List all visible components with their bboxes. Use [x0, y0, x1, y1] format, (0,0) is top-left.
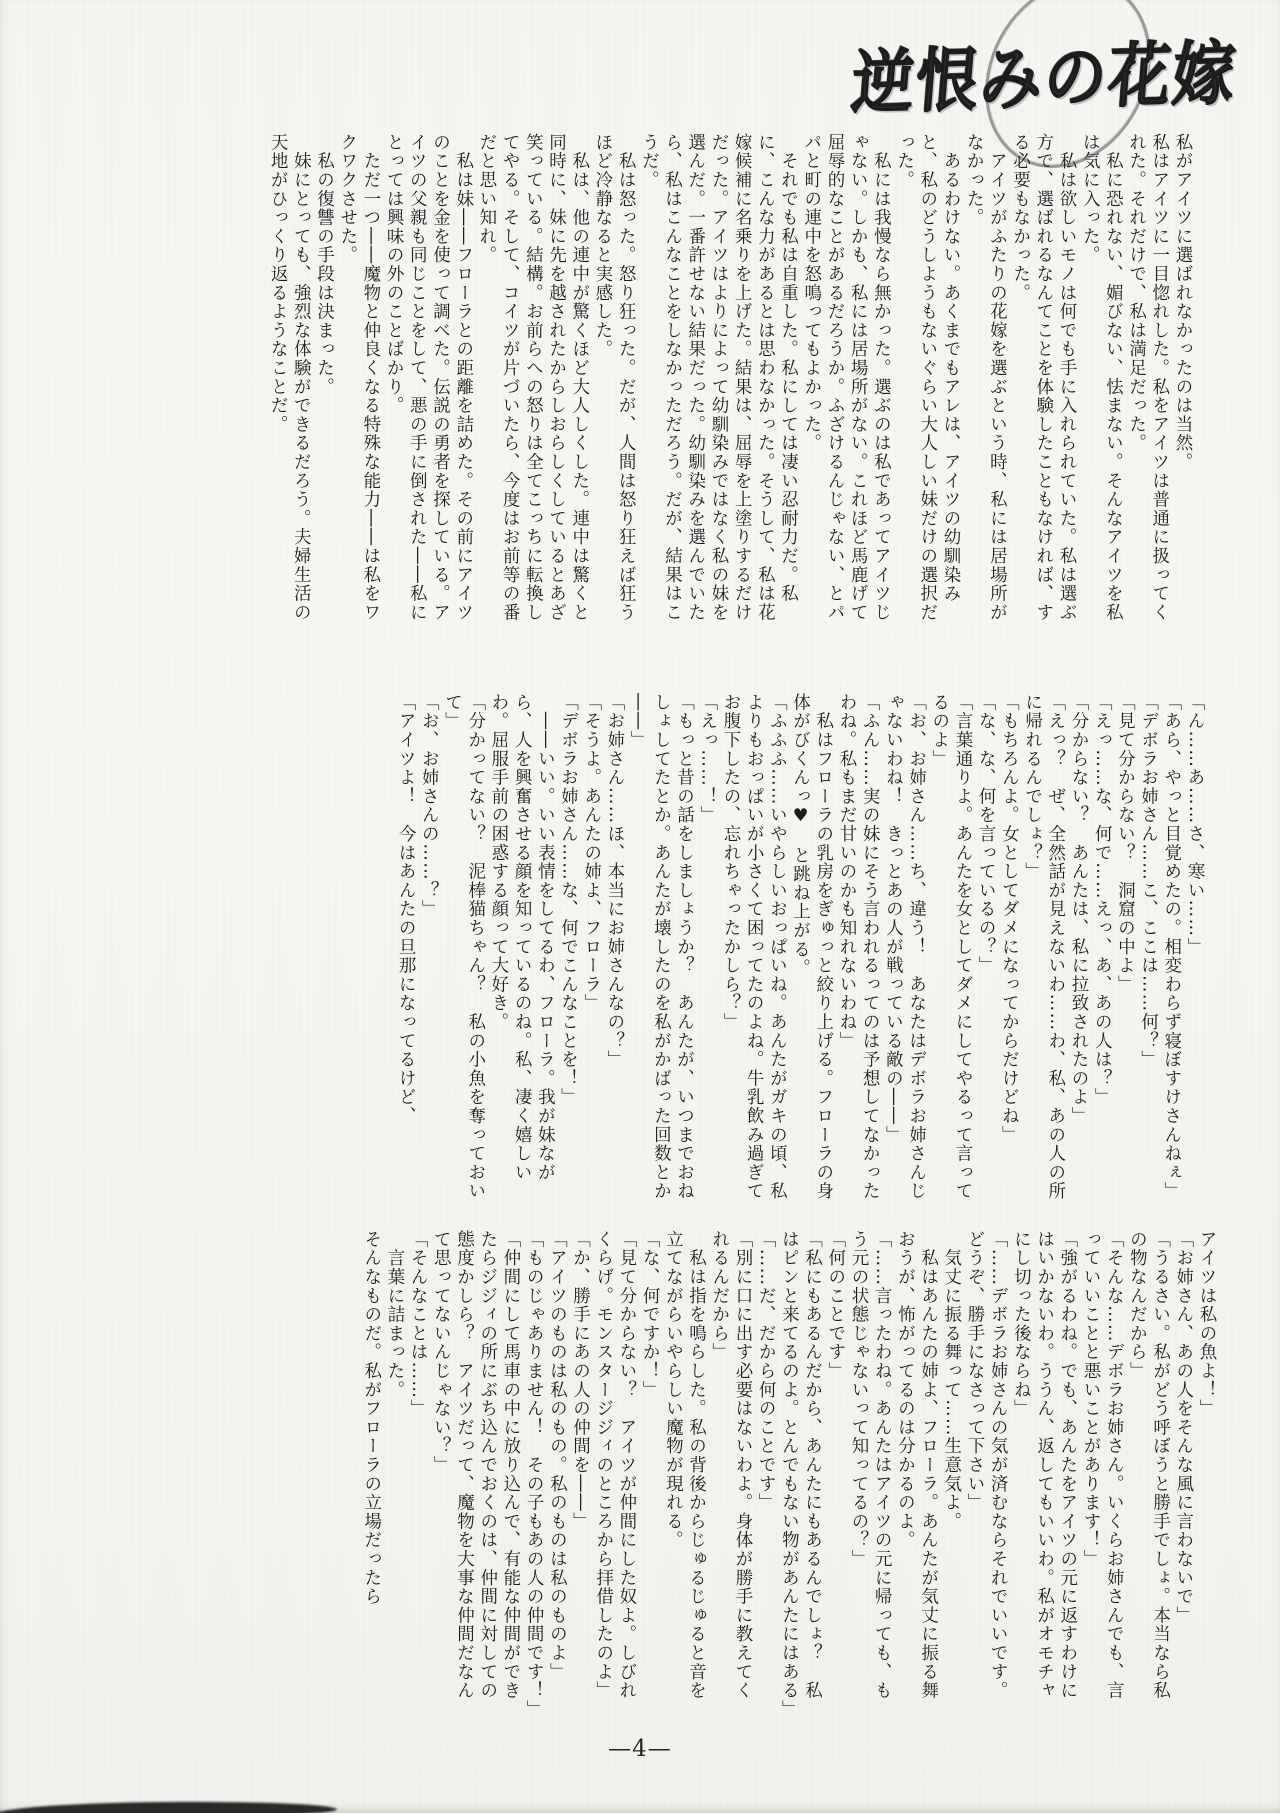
paragraph: 妹にとっても、強烈な体験ができるだろう。夫婦生活の天地がひっくり返るようなことだ…: [266, 133, 312, 631]
paragraph: 私がアイツに選ばれなかったのは当然。: [1171, 133, 1194, 631]
paragraph: 「……だ、だから何のことです」: [754, 1230, 777, 1712]
paragraph: 私はフローラの乳房をぎゅっと絞り上げる。フローラの身体がびくんっ♥ と跳ね上がる…: [788, 693, 834, 1218]
paragraph: 私はアイツに一目惚れした。私をアイツは普通に扱ってくれた。それだけで、私は満足だ…: [1124, 133, 1170, 631]
paragraph: 言葉に詰まった。: [383, 1230, 406, 1712]
paragraph: 「別に口に出す必要はないわよ。身体が勝手に教えてくれるんだから」: [708, 1230, 754, 1712]
paragraph: 「ふん……実の妹にそう言われるってのは予想してなかったわね。私もまだ甘いのかも知…: [835, 693, 881, 1218]
paragraph: 「デボラお姉さん……な、何でこんなことを！」: [556, 693, 579, 1218]
paragraph: 「えっ……！」: [696, 693, 719, 1218]
paragraph: それでも私は自重した。私にしては凄い忍耐力だ。私に、こんな力があるとは思わなかっ…: [637, 133, 799, 631]
paragraph: 「な、何ですか！」: [638, 1230, 661, 1712]
paragraph: 私には我慢なら無かった。選ぶのは私であってアイツじゃない。しかも、私には居場所が…: [800, 133, 893, 631]
paragraph: 気丈に振る舞って……生意気よ。: [940, 1230, 963, 1712]
paragraph: 「分からない？ あんたは、私に拉致されたのよ」: [1067, 693, 1090, 1218]
paragraph: 「な、な、何を言っているの？」: [974, 693, 997, 1218]
paragraph: 「えっ……な、何で……えっ、あ、あの人は？」: [1090, 693, 1113, 1218]
paragraph: 「うるさい。私がどう呼ぼうと勝手でしょ。本当なら私の物なんだから」: [1125, 1230, 1171, 1712]
paragraph: アイツがふたりの花嫁を選ぶという時、私には居場所がなかった。: [962, 133, 1008, 631]
logo-title-text: 逆恨みの花嫁: [816, 17, 1275, 128]
paragraph: 「ものじゃありません！ その子もあの人の仲間です！」: [522, 1230, 545, 1712]
scanned-doujin-page: 逆恨みの花嫁 私がアイツに選ばれなかったのは当然。私はアイツに一目惚れした。私を…: [0, 0, 1280, 1813]
paragraph: 私は怒った。怒り狂った。だが、人間は怒り狂えば狂うほど冷静なると実感した。: [591, 133, 637, 631]
paragraph: 「ふふふ……いやらしいおっぱいね。あんたがガキの頃、私よりもおっぱいが小さくて困…: [719, 693, 789, 1218]
paragraph: 「もちろんよ。女としてダメになってからだけどね」: [997, 693, 1020, 1218]
paragraph: 「えっ？ ぜ、全然話が見えないわ……わ、私、あの人の所に帰れるんでしょ？」: [1020, 693, 1066, 1218]
paragraph: そんなものだ。私がフローラの立場だったら: [359, 1230, 382, 1712]
paragraph: 「……言ったわね。あんたはアイツの元に帰っても、もう元の状態じゃないって知ってる…: [847, 1230, 893, 1712]
paragraph: 私は指を鳴らした。私の背後からじゅるじゅると音を立てながらいやらしい魔物が現れる…: [661, 1230, 707, 1712]
paragraph: ――いい。いい表情をしてるわ、フローラ。我が妹ながら、人を興奮させる顔を知ってい…: [487, 693, 557, 1218]
paragraph: 私はあんたの姉よ、フローラ。あんたが気丈に振る舞おうが、怖がってるのは分かるのよ…: [893, 1230, 939, 1712]
text-band-top: 私がアイツに選ばれなかったのは当然。私はアイツに一目惚れした。私をアイツは普通に…: [84, 133, 1194, 631]
paragraph: 「私にもあるんだから、あんたにもあるんでしょ？ 私はピンと来てるのよ。とんでもな…: [777, 1230, 823, 1712]
paragraph: あるわけない。あくまでもアレは、アイツの幼馴染みと、私のどうしようもないぐらい大…: [892, 133, 962, 631]
page-number: —4—: [0, 1736, 1280, 1762]
text-band-middle: 「ん……あ……さ、寒い……」「あら、やっと目覚めたの。相変わらず寝ぼすけさんねぇ…: [88, 693, 1206, 1218]
paragraph: 「……デボラお姉さんの気が済むならそれでいいです。どうぞ、勝手になさって下さい」: [963, 1230, 1009, 1712]
paragraph: 「仲間にして馬車の中に放り込んで、有能な仲間ができたらジジィの所にぶち込んでおく…: [429, 1230, 522, 1712]
paragraph: 「分かってない？ 泥棒猫ちゃん？ 私の小魚を奪っておいて」: [440, 693, 486, 1218]
paragraph: 「アイツよ！ 今はあんたの旦那になってるけど、: [394, 693, 417, 1218]
paragraph: 「お姉さん……ほ、本当にお姉さんなの？」: [603, 693, 626, 1218]
scan-artifact-smudge: [0, 1800, 337, 1813]
title-logo: 逆恨みの花嫁: [820, 6, 1270, 126]
paragraph: 「もっと昔の話をしましょうか？ あんたが、いつまでおねしょしてたとか。あんたが壊…: [626, 693, 696, 1218]
paragraph: 「あら、やっと目覚めたの。相変わらず寝ぼすけさんねぇ」: [1160, 693, 1183, 1218]
paragraph: アイツは私の魚よ！」: [1195, 1230, 1218, 1712]
paragraph: 私は欲しいモノは何でも手に入れられていた。私は選ぶ方で、選ばれるなんてことを体験…: [1008, 133, 1078, 631]
paragraph: 「言葉通りよ。あんたを女としてダメにしてやるって言ってるのよ」: [928, 693, 974, 1218]
paragraph: 私は妹――フローラとの距離を詰めた。その前にアイツのことを金を使って調べた。伝説…: [382, 133, 475, 631]
paragraph: 「見て分からない？ アイツが仲間にした奴よ。しびれくらげ。モンスタージジィのとこ…: [592, 1230, 638, 1712]
paragraph: 「ん……あ……さ、寒い……」: [1183, 693, 1206, 1218]
paragraph: 私に恐れない、媚びない、怯まない。そんなアイツを私は気に入った。: [1078, 133, 1124, 631]
paragraph: 「お、お姉さん……ち、違う！ あなたはデボラお姉さんじゃないわね！ きっとあの人…: [881, 693, 927, 1218]
text-band-bottom: アイツは私の魚よ！」「お姉さん、あの人をそんな風に言わないで」「うるさい。私がど…: [62, 1230, 1218, 1712]
paragraph: 「何のことです」: [824, 1230, 847, 1712]
paragraph: 「そうよ。あんたの姉よ、フローラ」: [580, 693, 603, 1218]
paragraph: 「そんなことは……」: [406, 1230, 429, 1712]
paragraph: 「アイツのものは私のもの。私のものは私のものよ」: [545, 1230, 568, 1712]
paragraph: 私は、他の連中が驚くほど大人しくした。連中は驚くと同時に、妹に先を越されたからし…: [475, 133, 591, 631]
paragraph: 「強がるわね。でも、あんたをアイツの元に返すわけにはいかないわ。ううん、返しても…: [1009, 1230, 1079, 1712]
paragraph: 「か、勝手にあの人の仲間を――」: [568, 1230, 591, 1712]
paragraph: 私の復讐の手段は決まった。: [312, 133, 335, 631]
paragraph: 「見て分からない？ 洞窟の中よ」: [1113, 693, 1136, 1218]
paragraph: ただ一つ――魔物と仲良くなる特殊な能力――は私をワクワクさせた。: [335, 133, 381, 631]
paragraph: 「お姉さん、あの人をそんな風に言わないで」: [1172, 1230, 1195, 1712]
paragraph: 「そんな……デボラお姉さん。いくらお姉さんでも、言っていいことと悪いことがありま…: [1079, 1230, 1125, 1712]
paragraph: 「お、お姉さんの……？」: [417, 693, 440, 1218]
paragraph: 「デボラお姉さん……こ、ここは……何？」: [1136, 693, 1159, 1218]
